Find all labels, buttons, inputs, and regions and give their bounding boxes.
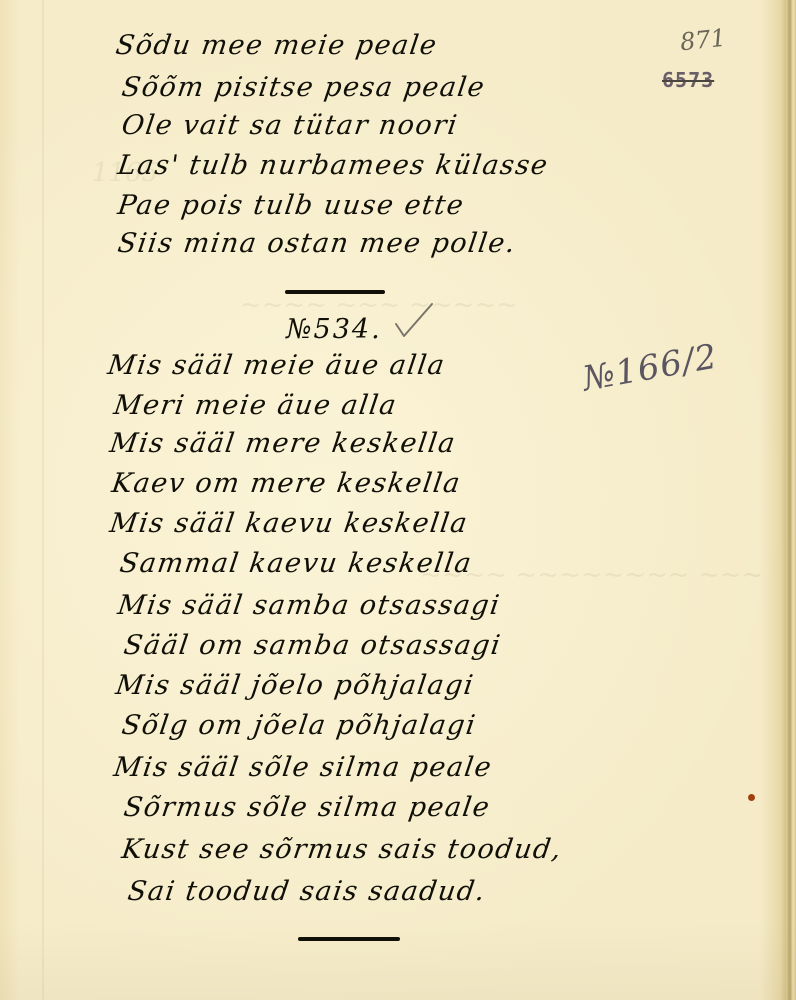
verse-line: Sai toodud sais saadud.: [126, 876, 488, 907]
verse-line: Sõlg om jõela põhjalagi: [120, 710, 479, 741]
verse-line: Mis sääl meie äue alla: [106, 350, 448, 381]
verse-line: Las' tulb nurbamees külasse: [116, 150, 551, 181]
page-bottom-shade: [0, 920, 796, 1000]
end-divider: [298, 937, 400, 941]
verse-line: Kaev om mere keskella: [110, 468, 463, 499]
check-mark-icon: [392, 300, 436, 340]
verse-line: Mis sääl mere keskella: [108, 428, 458, 459]
verse-line: Mis sääl jõelo põhjalagi: [114, 670, 476, 701]
ink-spot: [748, 794, 755, 801]
cross-reference-number: №166/2: [580, 336, 721, 399]
section-divider: [285, 290, 385, 294]
verse-line: Siis mina ostan mee polle.: [116, 228, 518, 259]
verse-line: Sõõm pisitse pesa peale: [120, 72, 487, 103]
verse-line: Mis sääl kaevu keskella: [108, 508, 470, 539]
verse-line: Mis sääl sõle silma peale: [112, 752, 495, 783]
verse-line: Kust see sõrmus sais toodud,: [120, 834, 564, 865]
manuscript-page: 1165 ~~~~ ~~~ ~~~~~ ~~~~ ~~~~~~~~ ~~~ 87…: [0, 0, 796, 1000]
page-fold-line: [42, 0, 44, 1000]
verse-line: Pae pois tulb uuse ette: [116, 190, 467, 221]
verse-line: Mis sääl samba otsassagi: [116, 590, 503, 621]
verse-line: Meri meie äue alla: [112, 390, 399, 421]
verse-line: Sääl om samba otsassagi: [122, 630, 504, 661]
verse-line: Sõdu mee meie peale: [114, 30, 440, 61]
catalog-number: 871: [679, 24, 727, 57]
verse-line: Sõrmus sõle silma peale: [122, 792, 493, 823]
page-right-edge: [786, 0, 796, 1000]
struck-old-number: 6573: [662, 68, 714, 92]
song-number: №534.: [286, 314, 382, 345]
verse-line: Sammal kaevu keskella: [118, 548, 475, 579]
verse-line: Ole vait sa tütar noori: [120, 110, 460, 141]
